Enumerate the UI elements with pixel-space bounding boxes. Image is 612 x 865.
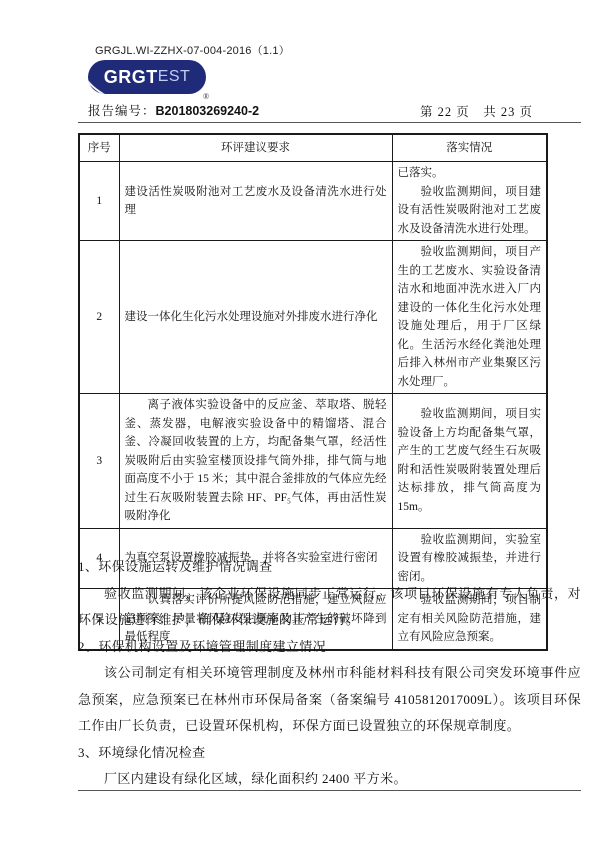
- report-number-label: 报告编号：: [88, 104, 156, 118]
- col-header-requirement: 环评建议要求: [119, 134, 392, 162]
- table-header-row: 序号 环评建议要求 落实情况: [79, 134, 547, 162]
- row-requirement: 建设一体化生化污水处理设施对外排废水进行净化: [119, 241, 392, 394]
- footer-divider: [78, 790, 581, 791]
- row-no: 2: [79, 241, 119, 394]
- table-row: 2 建设一体化生化污水处理设施对外排废水进行净化 验收监测期间，项目产生的工艺废…: [79, 241, 547, 394]
- row-requirement: 离子液体实验设备中的反应釜、萃取塔、脱轻釜、蒸发器，电解液实验设备中的精馏塔、混…: [119, 394, 392, 529]
- table-row: 1 建设活性炭吸附池对工艺废水及设备清洗水进行处理 已落实。 验收监测期间，项目…: [79, 162, 547, 241]
- logo-text-main: GRGT: [104, 67, 158, 88]
- col-header-no: 序号: [79, 134, 119, 162]
- section-body-greening-check: 厂区内建设有绿化区域，绿化面积约 2400 平方米。: [78, 766, 581, 793]
- row-requirement: 建设活性炭吸附池对工艺废水及设备清洗水进行处理: [119, 162, 392, 241]
- logo-text-sub: EST: [158, 68, 191, 86]
- report-page: GRGJL.WI-ZZHX-07-004-2016（1.1） GRGTEST ®…: [0, 0, 612, 865]
- report-number-value: B201803269240-2: [156, 104, 260, 118]
- row-status: 验收监测期间，项目实验设备上方均配备集气罩，产生的工艺废气经生石灰吸附和活性炭吸…: [392, 394, 547, 529]
- document-code: GRGJL.WI-ZZHX-07-004-2016（1.1）: [95, 42, 290, 58]
- findings-sections: 1、环保设施运转及维护情况调查 验收监测期间，该企业环保设施同步正常运行。该项目…: [78, 554, 581, 793]
- row-status: 已落实。 验收监测期间，项目建设有活性炭吸附池对工艺废水及设备清洗水进行处理。: [392, 162, 547, 241]
- table-row: 3 离子液体实验设备中的反应釜、萃取塔、脱轻釜、蒸发器，电解液实验设备中的精馏塔…: [79, 394, 547, 529]
- section-body-facility-operation: 验收监测期间，该企业环保设施同步正常运行。该项目环保设施有专人负责，对环保设施进…: [78, 581, 581, 634]
- row-no: 3: [79, 394, 119, 529]
- registered-trademark-icon: ®: [203, 92, 209, 101]
- section-title-facility-operation: 1、环保设施运转及维护情况调查: [78, 554, 581, 581]
- row-no: 1: [79, 162, 119, 241]
- section-title-management-system: 2、环保机构设置及环境管理制度建立情况: [78, 634, 581, 661]
- row-status: 验收监测期间，项目产生的工艺废水、实验设备清洁水和地面冲洗水进入厂内建设的一体化…: [392, 241, 547, 394]
- section-body-management-system: 该公司制定有相关环境管理制度及林州市科能材料科技有限公司突发环境事件应急预案，应…: [78, 660, 581, 740]
- grgtest-logo: GRGTEST: [88, 60, 206, 94]
- header-divider: [78, 122, 581, 123]
- report-number-line: 报告编号：B201803269240-2: [88, 101, 259, 119]
- col-header-status: 落实情况: [392, 134, 547, 162]
- section-title-greening-check: 3、环境绿化情况检查: [78, 740, 581, 767]
- page-indicator: 第 22 页 共 23 页: [420, 102, 533, 120]
